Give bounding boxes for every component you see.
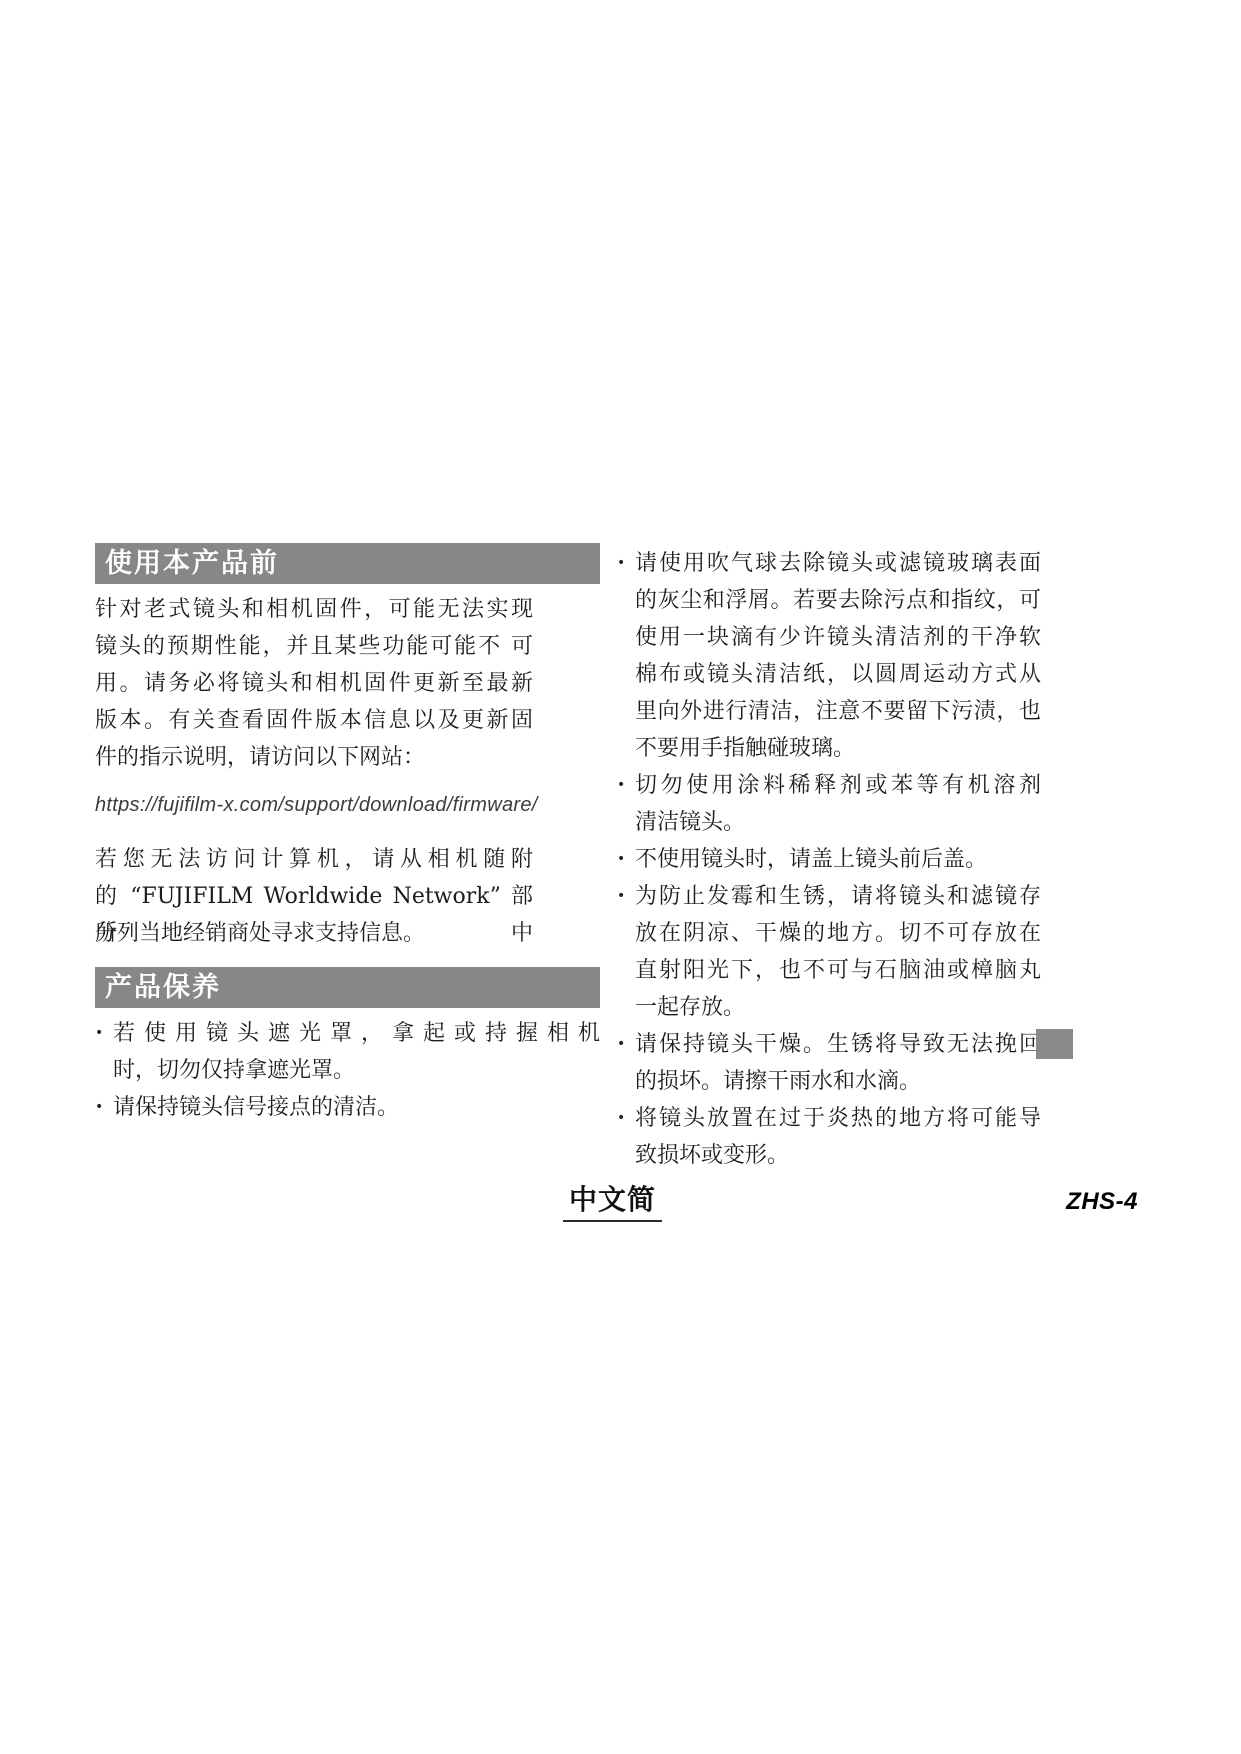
text-line: 针对老式镜头和相机固件，可能无法实现 <box>95 591 533 628</box>
list-item-text: 请使用吹气球去除镜头或滤镜玻璃表面的灰尘和浮屑。若要去除污点和指纹，可使用一块滴… <box>635 545 1041 767</box>
list-item-text: 为防止发霉和生锈，请将镜头和滤镜存放在阴凉、干燥的地方。切不可存放在直射阳光下，… <box>635 878 1041 1026</box>
manual-page: 使用本产品前 针对老式镜头和相机固件，可能无法实现镜头的预期性能，并且某些功能可… <box>0 0 1241 1754</box>
text-line: 请保持镜头信号接点的清洁。 <box>113 1089 600 1126</box>
bullet-icon: • <box>617 878 635 1026</box>
bullet-icon: • <box>617 1100 635 1174</box>
text-line: 里向外进行清洁，注意不要留下污渍，也 <box>635 693 1041 730</box>
text-line: 若使用镜头遮光罩，拿起或持握相机 <box>113 1015 600 1052</box>
bullet-icon: • <box>617 1026 635 1100</box>
text-line: 请保持镜头干燥。生锈将导致无法挽回 <box>635 1026 1041 1063</box>
text-line: 一起存放。 <box>635 989 1041 1026</box>
support-paragraph: 若您无法访问计算机，请从相机随附的 “FUJIFILM Worldwide Ne… <box>95 841 533 952</box>
text-line: 切勿使用涂料稀释剂或苯等有机溶剂 <box>635 767 1041 804</box>
list-item-text: 若使用镜头遮光罩，拿起或持握相机时，切勿仅持拿遮光罩。 <box>113 1015 600 1089</box>
text-line: 使用一块滴有少许镜头清洁剂的干净软 <box>635 619 1041 656</box>
bullet-icon: • <box>617 767 635 841</box>
text-line: 清洁镜头。 <box>635 804 1041 841</box>
list-item-text: 不使用镜头时，请盖上镜头前后盖。 <box>635 841 1041 878</box>
text-line: 的 “FUJIFILM Worldwide Network” 部分中 <box>95 878 533 915</box>
list-item: • 不使用镜头时，请盖上镜头前后盖。 <box>617 841 1041 878</box>
firmware-paragraph: 针对老式镜头和相机固件，可能无法实现镜头的预期性能，并且某些功能可能不 可用。请… <box>95 591 533 776</box>
bullet-icon: • <box>617 545 635 767</box>
text-line: 的灰尘和浮屑。若要去除污点和指纹，可 <box>635 582 1041 619</box>
text-line: 用。请务必将镜头和相机固件更新至最新 <box>95 665 533 702</box>
text-line: 直射阳光下，也不可与石脑油或樟脑丸 <box>635 952 1041 989</box>
list-item: • 请使用吹气球去除镜头或滤镜玻璃表面的灰尘和浮屑。若要去除污点和指纹，可使用一… <box>617 545 1041 767</box>
footer-page-number: ZHS-4 <box>1066 1188 1138 1216</box>
list-item: • 切勿使用涂料稀释剂或苯等有机溶剂清洁镜头。 <box>617 767 1041 841</box>
bullet-icon: • <box>95 1089 113 1126</box>
text-line: 镜头的预期性能，并且某些功能可能不 可 <box>95 628 533 665</box>
section-header-before-use: 使用本产品前 <box>95 543 600 584</box>
list-item: • 若使用镜头遮光罩，拿起或持握相机时，切勿仅持拿遮光罩。 <box>95 1015 600 1089</box>
list-item: • 为防止发霉和生锈，请将镜头和滤镜存放在阴凉、干燥的地方。切不可存放在直射阳光… <box>617 878 1041 1026</box>
list-item: • 请保持镜头干燥。生锈将导致无法挽回的损坏。请擦干雨水和水滴。 <box>617 1026 1041 1100</box>
bullet-icon: • <box>95 1015 113 1089</box>
left-column: 使用本产品前 针对老式镜头和相机固件，可能无法实现镜头的预期性能，并且某些功能可… <box>95 543 600 1126</box>
text-line: 放在阴凉、干燥的地方。切不可存放在 <box>635 915 1041 952</box>
section-title-before-use: 使用本产品前 <box>105 548 279 578</box>
text-line: 棉布或镜头清洁纸，以圆周运动方式从 <box>635 656 1041 693</box>
product-care-list: • 若使用镜头遮光罩，拿起或持握相机时，切勿仅持拿遮光罩。 • 请保持镜头信号接… <box>95 1015 600 1126</box>
firmware-url-link[interactable]: https://fujifilm-x.com/support/download/… <box>95 791 600 819</box>
text-line: 不使用镜头时，请盖上镜头前后盖。 <box>635 841 1041 878</box>
bullet-icon: • <box>617 841 635 878</box>
list-item: • 将镜头放置在过于炎热的地方将可能导致损坏或变形。 <box>617 1100 1041 1174</box>
section-title-product-care: 产品保养 <box>105 972 221 1002</box>
list-item-text: 请保持镜头信号接点的清洁。 <box>113 1089 600 1126</box>
text-line: 时，切勿仅持拿遮光罩。 <box>113 1052 600 1089</box>
text-line: 请使用吹气球去除镜头或滤镜玻璃表面 <box>635 545 1041 582</box>
section-header-product-care: 产品保养 <box>95 967 600 1008</box>
footer-language-label: 中文简 <box>563 1178 662 1222</box>
list-item: • 请保持镜头信号接点的清洁。 <box>95 1089 600 1126</box>
text-line: 为防止发霉和生锈，请将镜头和滤镜存 <box>635 878 1041 915</box>
text-line: 将镜头放置在过于炎热的地方将可能导 <box>635 1100 1041 1137</box>
text-line: 的损坏。请擦干雨水和水滴。 <box>635 1063 1041 1100</box>
text-line: 件的指示说明，请访问以下网站： <box>95 739 533 776</box>
right-column: • 请使用吹气球去除镜头或滤镜玻璃表面的灰尘和浮屑。若要去除污点和指纹，可使用一… <box>617 545 1041 1174</box>
text-line: 致损坏或变形。 <box>635 1137 1041 1174</box>
text-line: 若您无法访问计算机，请从相机随附 <box>95 841 533 878</box>
text-line: 不要用手指触碰玻璃。 <box>635 730 1041 767</box>
list-item-text: 切勿使用涂料稀释剂或苯等有机溶剂清洁镜头。 <box>635 767 1041 841</box>
list-item-text: 请保持镜头干燥。生锈将导致无法挽回的损坏。请擦干雨水和水滴。 <box>635 1026 1041 1100</box>
text-line: 版本。有关查看固件版本信息以及更新固 <box>95 702 533 739</box>
section-index-tab <box>1036 1029 1073 1059</box>
list-item-text: 将镜头放置在过于炎热的地方将可能导致损坏或变形。 <box>635 1100 1041 1174</box>
